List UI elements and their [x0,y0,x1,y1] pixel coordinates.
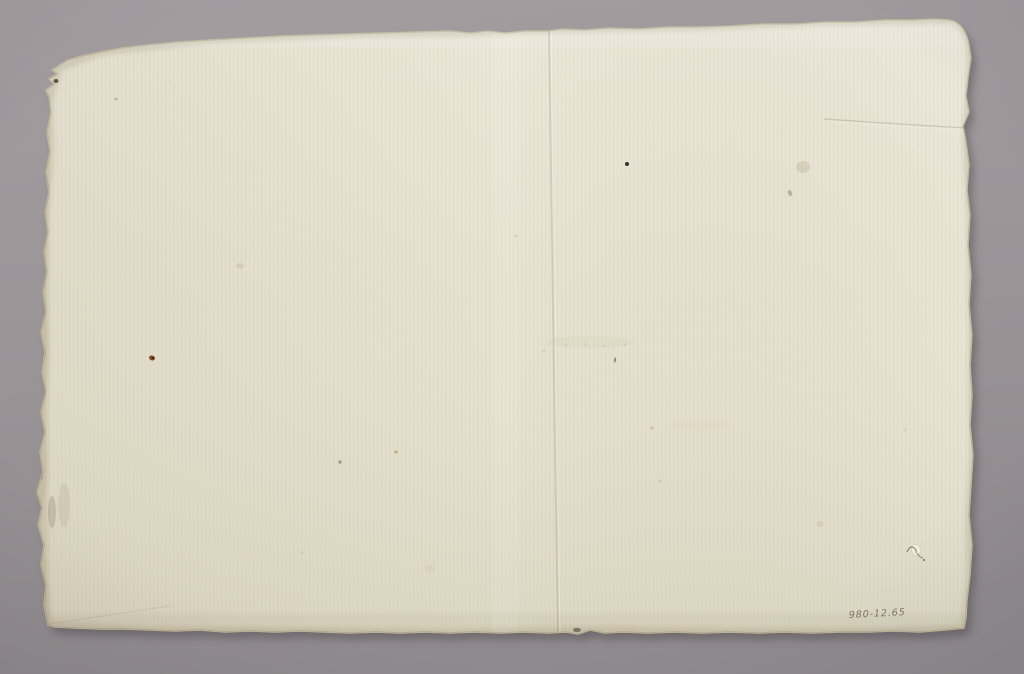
photo-canvas: 980-12.65 [0,0,1024,674]
photograph: 980-12.65 [0,0,1024,674]
photo-vignette [0,0,1024,674]
